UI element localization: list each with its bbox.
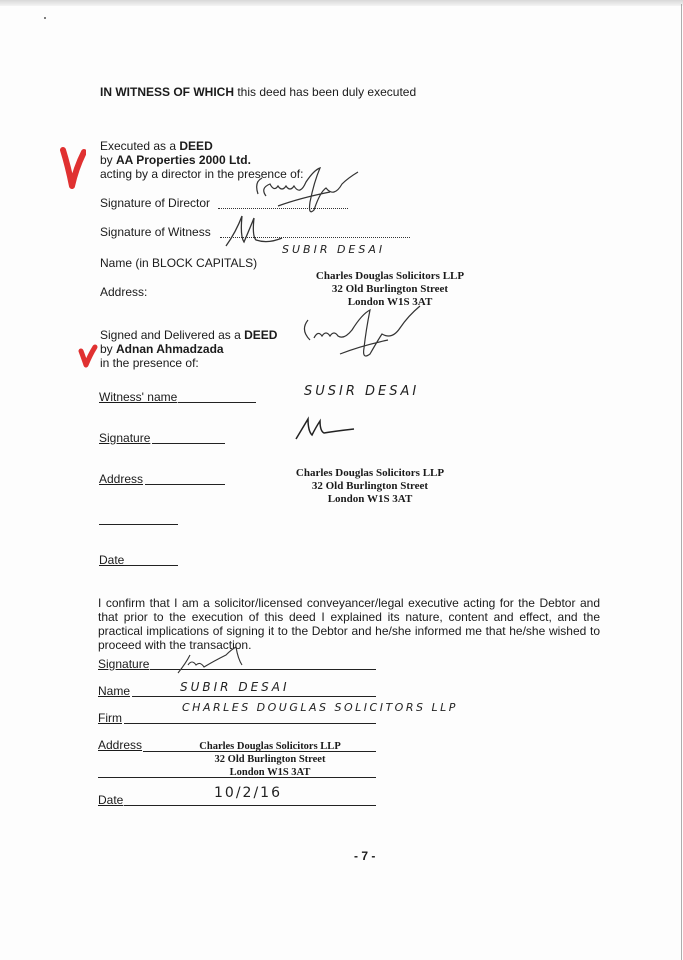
- address-line: [145, 484, 225, 485]
- company-execution-line: Executed as a DEED: [100, 139, 213, 153]
- solicitor-address-stamp: Charles Douglas Solicitors LLP 32 Old Bu…: [180, 740, 360, 779]
- individual-line2-prefix: by: [100, 342, 116, 356]
- scan-top-edge: [0, 0, 683, 6]
- date-label: Date: [99, 553, 124, 567]
- signatory-name: Adnan Ahmadzada: [116, 342, 224, 356]
- individual-presence-line: in the presence of:: [100, 356, 199, 370]
- individual-execution-line: Signed and Delivered as a DEED: [100, 328, 277, 342]
- address-line-2: 32 Old Burlington Street: [300, 283, 480, 296]
- address-line-1: Charles Douglas Solicitors LLP: [180, 740, 360, 753]
- confirmation-address-label: Address: [98, 738, 142, 752]
- address-line-2: 32 Old Burlington Street: [280, 480, 460, 493]
- witness-heading: IN WITNESS OF WHICH this deed has been d…: [100, 85, 416, 99]
- firm-handwritten: CHARLES DOUGLAS SOLICITORS LLP: [182, 701, 458, 714]
- confirmation-name-label: Name: [98, 684, 130, 698]
- red-checkmark-icon: [60, 146, 86, 190]
- witness-name-label: Witness' name: [99, 390, 177, 404]
- witness-heading-bold: IN WITNESS OF WHICH: [100, 85, 234, 99]
- signatory-signature: [296, 300, 436, 370]
- blank-line: [99, 524, 178, 525]
- witness-signature: [294, 413, 364, 443]
- scan-right-edge: [681, 4, 682, 960]
- individual-line1-text: Signed and Delivered as a: [100, 328, 244, 342]
- confirmation-date-line: [124, 805, 376, 806]
- page-number: - 7 -: [354, 849, 375, 863]
- address-line-1: Charles Douglas Solicitors LLP: [280, 467, 460, 480]
- date-line: [124, 565, 178, 566]
- signature-label: Signature: [99, 431, 150, 445]
- red-checkmark-icon: [78, 343, 98, 369]
- firm-label: Firm: [98, 711, 122, 725]
- solicitor-name-handwritten: SUBIR DESAI: [180, 680, 290, 694]
- confirmation-signature-label: Signature: [98, 657, 149, 671]
- name-block-capitals-label: Name (in BLOCK CAPITALS): [100, 256, 257, 270]
- address-line-2: 32 Old Burlington Street: [180, 753, 360, 766]
- deed-bold: DEED: [179, 139, 212, 153]
- witness-heading-rest: this deed has been duly executed: [234, 85, 416, 99]
- company-name-line: by AA Properties 2000 Ltd.: [100, 153, 251, 167]
- witness-name-handwritten: SUSIR DESAI: [304, 384, 419, 399]
- signature-witness-label: Signature of Witness: [100, 225, 211, 239]
- address-label: Address:: [100, 285, 147, 299]
- date-handwritten: 10/2/16: [214, 785, 282, 801]
- signature-director-label: Signature of Director: [100, 196, 210, 210]
- confirmation-address-line-2: [98, 777, 376, 778]
- scan-speck: [44, 17, 46, 19]
- solicitor-confirmation-paragraph: I confirm that I am a solicitor/licensed…: [98, 596, 600, 652]
- individual-name-line: by Adnan Ahmadzada: [100, 342, 224, 356]
- confirmation-name-line: [132, 696, 376, 697]
- address-line-1: Charles Douglas Solicitors LLP: [300, 270, 480, 283]
- witness-name-handwritten: SUBIR DESAI: [282, 243, 385, 256]
- witness-address-stamp: Charles Douglas Solicitors LLP 32 Old Bu…: [280, 467, 460, 506]
- company-line2-prefix: by: [100, 153, 116, 167]
- solicitor-signature: [176, 645, 256, 675]
- address-line-3: London W1S 3AT: [280, 493, 460, 506]
- address-label: Address: [99, 472, 143, 486]
- deed-bold: DEED: [244, 328, 277, 342]
- firm-line: [124, 723, 376, 724]
- company-line1-text: Executed as a: [100, 139, 179, 153]
- witness-name-line: [178, 402, 256, 403]
- signature-line: [152, 443, 225, 444]
- confirmation-date-label: Date: [98, 793, 123, 807]
